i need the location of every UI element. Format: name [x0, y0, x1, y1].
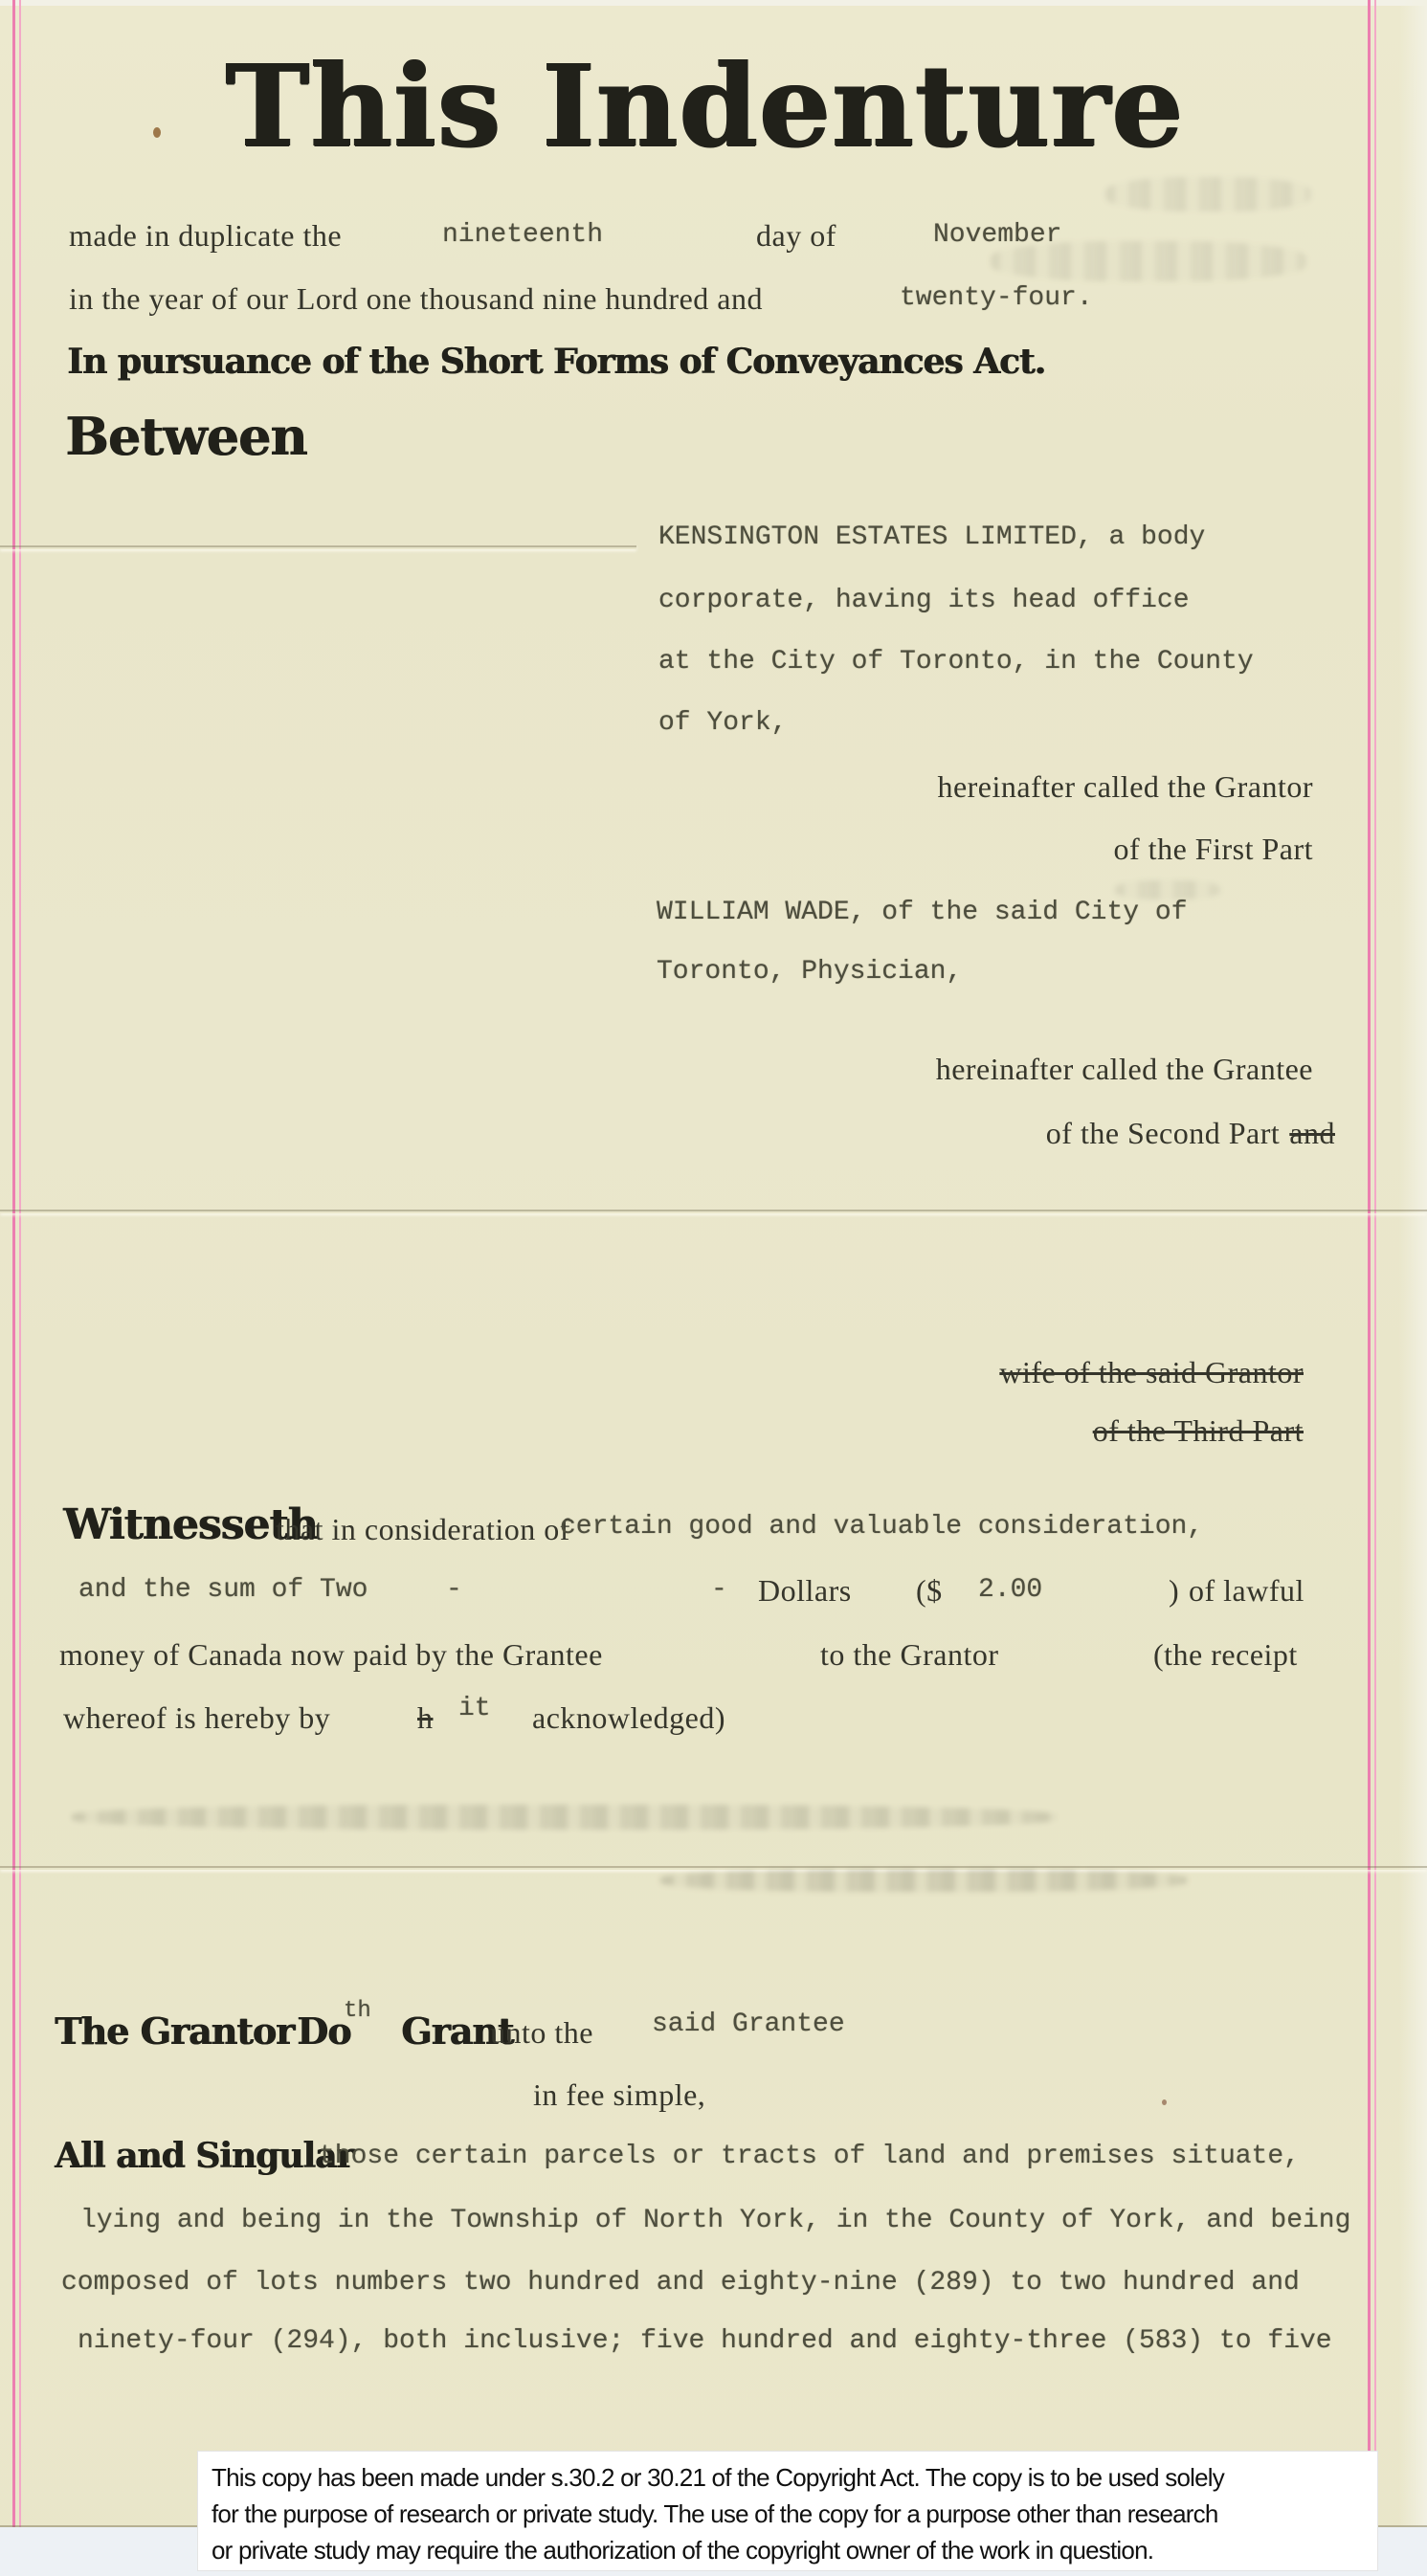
parcels-desc-line-3: composed of lots numbers two hundred and…	[61, 2268, 1300, 2298]
first-part-text: of the First Part	[1114, 832, 1313, 867]
grantee-line-1: WILLIAM WADE, of the said City of	[657, 898, 1188, 927]
left-margin-rule-outer	[12, 0, 15, 2527]
right-paper-edge-band	[1399, 0, 1427, 2527]
fee-simple-text: in fee simple,	[533, 2077, 705, 2113]
wife-of-grantor-struck: wife of the said Grantor	[999, 1355, 1304, 1390]
year-line-text: in the year of our Lord one thousand nin…	[69, 281, 763, 317]
document-title: This Indenture	[0, 50, 1417, 163]
second-part-line: of the Second Part and	[1046, 1116, 1335, 1151]
second-part-text: of the Second Part	[1046, 1116, 1281, 1151]
amount-typed: 2.00	[978, 1575, 1042, 1605]
made-in-duplicate-text: made in duplicate the	[69, 218, 342, 254]
copyright-notice-box: This copy has been made under s.30.2 or …	[198, 2452, 1377, 2570]
consideration-typed: certain good and valuable consideration,	[560, 1512, 1203, 1542]
scan-top-edge	[0, 0, 1427, 6]
dash-typed-1: -	[446, 1575, 462, 1605]
open-paren-dollar: ($	[916, 1573, 943, 1609]
right-margin-rule-outer	[1368, 0, 1371, 2527]
second-part-struck-and: and	[1289, 1116, 1335, 1151]
of-lawful-text: of lawful	[1189, 1573, 1304, 1609]
ghost-typing-smudge-top-right-1	[1105, 177, 1311, 211]
all-and-singular-heading: All and Singular	[55, 2136, 353, 2176]
copyright-notice-line-3: or private study may require the authori…	[212, 2532, 1377, 2568]
fold-crease-lower	[0, 1866, 1427, 1870]
dollars-text: Dollars	[758, 1573, 852, 1609]
grantor-called-text: hereinafter called the Grantor	[937, 769, 1313, 805]
parcels-desc-line-2: lying and being in the Township of North…	[80, 2206, 1350, 2235]
year-value-typed: twenty-four.	[900, 283, 1093, 313]
day-of-text: day of	[756, 218, 836, 254]
money-line-text: money of Canada now paid by the Grantee	[59, 1637, 603, 1673]
left-margin-rule-inner	[19, 0, 21, 2527]
unto-the-text: unto the	[490, 2015, 593, 2051]
sum-typed: and the sum of Two	[78, 1575, 368, 1605]
fold-crease-top	[0, 545, 636, 549]
ghost-typing-smudge-mid-right	[1115, 880, 1220, 899]
between-heading: Between	[65, 406, 306, 467]
grantor-line-2: corporate, having its head office	[658, 586, 1190, 615]
grantor-line-3: at the City of Toronto, in the County	[658, 647, 1254, 677]
paper-fleck-small	[1162, 2099, 1167, 2105]
it-typed: it	[458, 1694, 491, 1723]
grantee-called-text: hereinafter called the Grantee	[936, 1052, 1313, 1087]
pursuance-heading: In pursuance of the Short Forms of Conve…	[67, 342, 1045, 382]
said-grantee-typed: said Grantee	[652, 2010, 845, 2039]
grantor-line-4: of York,	[658, 708, 787, 738]
grantor-line-1: KENSINGTON ESTATES LIMITED, a body	[658, 522, 1205, 552]
grantee-line-2: Toronto, Physician,	[657, 957, 962, 987]
th-superscript-typed: th	[344, 1998, 371, 2024]
the-grantor-heading: The Grantor	[55, 2010, 294, 2053]
month-value-typed: November	[933, 220, 1061, 250]
parcels-desc-line-1: those certain parcels or tracts of land …	[319, 2142, 1300, 2171]
right-margin-rule-inner	[1374, 0, 1376, 2527]
acknowledged-text: acknowledged)	[532, 1700, 725, 1736]
third-part-struck: of the Third Part	[1093, 1413, 1304, 1449]
ghost-typing-smudge-below-crease	[660, 1869, 1187, 1892]
dash-typed-2: -	[711, 1575, 727, 1605]
copyright-notice-line-1: This copy has been made under s.30.2 or …	[212, 2459, 1377, 2496]
ghost-typing-smudge-above-crease	[72, 1805, 1058, 1830]
to-grantor-text: to the Grantor	[820, 1637, 999, 1673]
close-paren: )	[1169, 1573, 1179, 1609]
struck-h-text: h	[417, 1700, 434, 1736]
parcels-desc-line-4: ninety-four (294), both inclusive; five …	[78, 2326, 1332, 2356]
day-value-typed: nineteenth	[442, 220, 603, 250]
fold-crease-middle	[0, 1210, 1427, 1213]
indenture-document-scan: This Indenture made in duplicate the nin…	[0, 0, 1427, 2576]
that-in-consideration-text: that in consideration of	[276, 1512, 570, 1547]
whereof-text: whereof is hereby by	[63, 1700, 330, 1736]
do-heading: Do	[297, 2010, 350, 2053]
receipt-text: (the receipt	[1153, 1637, 1298, 1673]
copyright-notice-line-2: for the purpose of research or private s…	[212, 2496, 1377, 2532]
